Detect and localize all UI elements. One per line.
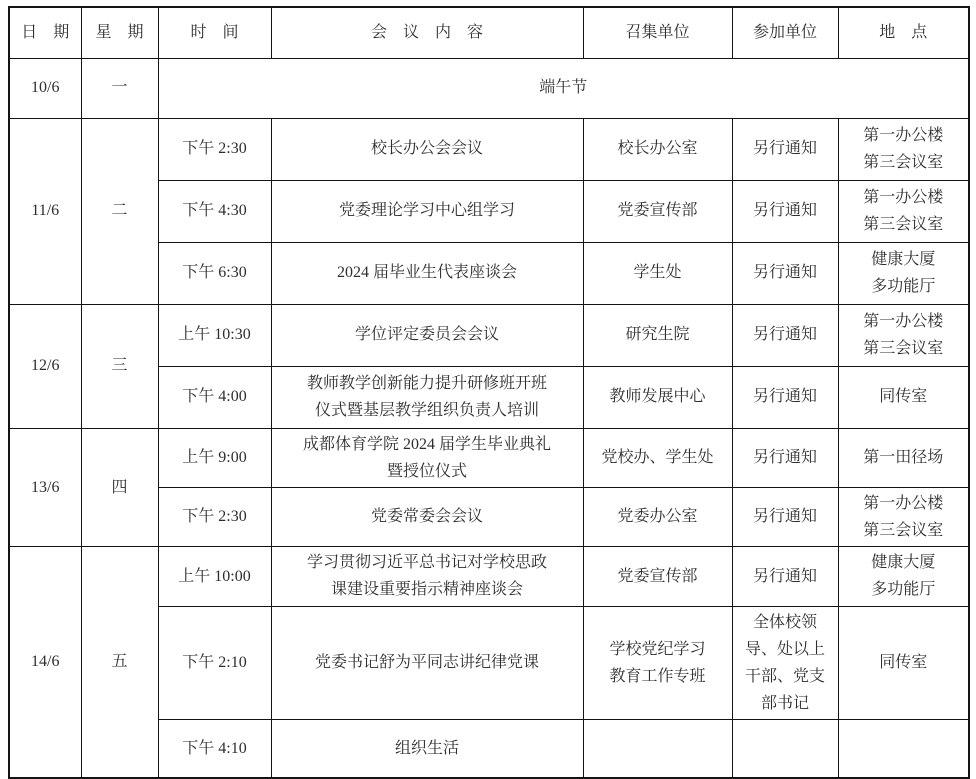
content-cell: 学习贯彻习近平总书记对学校思政 课建设重要指示精神座谈会: [271, 547, 583, 606]
time-cell: 下午 2:30: [158, 118, 271, 180]
convener-cell: [583, 720, 732, 778]
convener-cell: 校长办公室: [583, 118, 732, 180]
weekday-cell: 二: [81, 118, 158, 304]
time-cell: 下午 4:30: [158, 180, 271, 242]
weekday-cell: 四: [81, 428, 158, 547]
date-cell: 10/6: [9, 58, 81, 118]
convener-cell: 党委宣传部: [583, 180, 732, 242]
header-content: 会 议 内 容: [271, 7, 583, 58]
holiday-cell: 端午节: [158, 58, 969, 118]
convener-cell: 学生处: [583, 242, 732, 304]
participants-cell: 另行通知: [732, 366, 838, 428]
location-cell: 健康大厦 多功能厅: [838, 547, 969, 606]
convener-cell: 教师发展中心: [583, 366, 732, 428]
participants-cell: 另行通知: [732, 304, 838, 366]
table-row: 10/6 一 端午节: [9, 58, 969, 118]
time-cell: 上午 10:30: [158, 304, 271, 366]
participants-cell: [732, 720, 838, 778]
convener-cell: 研究生院: [583, 304, 732, 366]
header-time: 时 间: [158, 7, 271, 58]
convener-cell: 学校党纪学习 教育工作专班: [583, 606, 732, 720]
content-cell: 学位评定委员会会议: [271, 304, 583, 366]
table-row: 12/6 三 上午 10:30 学位评定委员会会议 研究生院 另行通知 第一办公…: [9, 304, 969, 366]
location-cell: 同传室: [838, 606, 969, 720]
header-convener: 召集单位: [583, 7, 732, 58]
content-cell: 党委常委会会议: [271, 487, 583, 546]
convener-cell: 党委宣传部: [583, 547, 732, 606]
header-date: 日 期: [9, 7, 81, 58]
header-row: 日 期 星 期 时 间 会 议 内 容 召集单位 参加单位 地 点: [9, 7, 969, 58]
date-cell: 12/6: [9, 304, 81, 428]
weekday-cell: 五: [81, 547, 158, 778]
time-cell: 下午 4:10: [158, 720, 271, 778]
participants-cell: 另行通知: [732, 547, 838, 606]
time-cell: 下午 6:30: [158, 242, 271, 304]
table-row: 13/6 四 上午 9:00 成都体育学院 2024 届学生毕业典礼 暨授位仪式…: [9, 428, 969, 487]
page: 日 期 星 期 时 间 会 议 内 容 召集单位 参加单位 地 点 10/6 一…: [0, 0, 976, 761]
weekday-cell: 一: [81, 58, 158, 118]
content-cell: 党委书记舒为平同志讲纪律党课: [271, 606, 583, 720]
location-cell: 第一田径场: [838, 428, 969, 487]
content-cell: 党委理论学习中心组学习: [271, 180, 583, 242]
location-cell: 第一办公楼 第三会议室: [838, 304, 969, 366]
header-weekday: 星 期: [81, 7, 158, 58]
time-cell: 下午 2:10: [158, 606, 271, 720]
participants-cell: 另行通知: [732, 242, 838, 304]
location-cell: 第一办公楼 第三会议室: [838, 487, 969, 546]
location-cell: 第一办公楼 第三会议室: [838, 180, 969, 242]
location-cell: [838, 720, 969, 778]
location-cell: 健康大厦 多功能厅: [838, 242, 969, 304]
content-cell: 组织生活: [271, 720, 583, 778]
time-cell: 下午 2:30: [158, 487, 271, 546]
time-cell: 上午 9:00: [158, 428, 271, 487]
content-cell: 2024 届毕业生代表座谈会: [271, 242, 583, 304]
time-cell: 上午 10:00: [158, 547, 271, 606]
header-participants: 参加单位: [732, 7, 838, 58]
header-location: 地 点: [838, 7, 969, 58]
location-cell: 同传室: [838, 366, 969, 428]
participants-cell: 另行通知: [732, 180, 838, 242]
participants-cell: 另行通知: [732, 118, 838, 180]
content-cell: 校长办公会会议: [271, 118, 583, 180]
participants-cell: 另行通知: [732, 428, 838, 487]
content-cell: 成都体育学院 2024 届学生毕业典礼 暨授位仪式: [271, 428, 583, 487]
convener-cell: 党委办公室: [583, 487, 732, 546]
date-cell: 14/6: [9, 547, 81, 778]
participants-cell: 另行通知: [732, 487, 838, 546]
convener-cell: 党校办、学生处: [583, 428, 732, 487]
table-row: 14/6 五 上午 10:00 学习贯彻习近平总书记对学校思政 课建设重要指示精…: [9, 547, 969, 606]
date-cell: 11/6: [9, 118, 81, 304]
table-row: 11/6 二 下午 2:30 校长办公会会议 校长办公室 另行通知 第一办公楼 …: [9, 118, 969, 180]
weekday-cell: 三: [81, 304, 158, 428]
participants-cell: 全体校领 导、处以上 干部、党支 部书记: [732, 606, 838, 720]
content-cell: 教师教学创新能力提升研修班开班 仪式暨基层教学组织负责人培训: [271, 366, 583, 428]
location-cell: 第一办公楼 第三会议室: [838, 118, 969, 180]
time-cell: 下午 4:00: [158, 366, 271, 428]
date-cell: 13/6: [9, 428, 81, 547]
meeting-schedule-table: 日 期 星 期 时 间 会 议 内 容 召集单位 参加单位 地 点 10/6 一…: [8, 6, 970, 779]
